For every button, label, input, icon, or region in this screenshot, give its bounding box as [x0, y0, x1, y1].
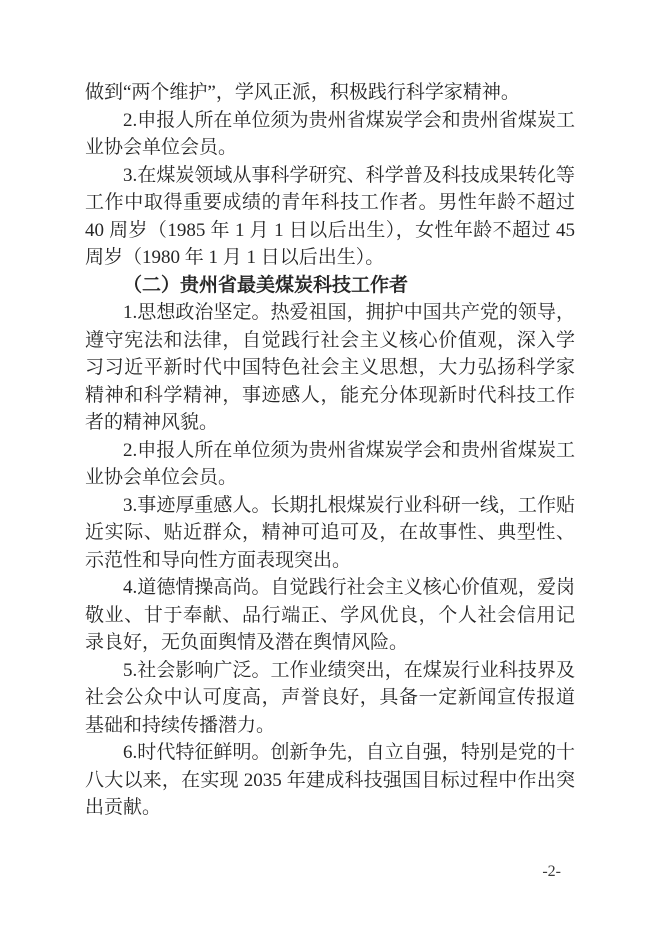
document-body: 做到“两个维护”，学风正派，积极践行科学家精神。 2.申报人所在单位须为贵州省煤…: [85, 79, 575, 822]
list-item-3-second-section: 3.事迹厚重感人。长期扎根煤炭行业科研一线，工作贴近实际、贴近群众，精神可追可及…: [85, 492, 575, 575]
list-item-6-second-section: 6.时代特征鲜明。创新争先，自立自强，特别是党的十八大以来，在实现 2035 年…: [85, 739, 575, 822]
list-item-2-second-section: 2.申报人所在单位须为贵州省煤炭学会和贵州省煤炭工业协会单位会员。: [85, 437, 575, 492]
document-page: 做到“两个维护”，学风正派，积极践行科学家精神。 2.申报人所在单位须为贵州省煤…: [0, 0, 661, 938]
page-number: -2-: [85, 862, 575, 882]
section-heading: （二）贵州省最美煤炭科技工作者: [85, 272, 575, 300]
list-item-1-second-section: 1.思想政治坚定。热爱祖国，拥护中国共产党的领导，遵守宪法和法律，自觉践行社会主…: [85, 299, 575, 437]
list-item-5-second-section: 5.社会影响广泛。工作业绩突出，在煤炭行业科技界及社会公众中认可度高，声誉良好，…: [85, 657, 575, 740]
list-item-2-first-section: 2.申报人所在单位须为贵州省煤炭学会和贵州省煤炭工业协会单位会员。: [85, 107, 575, 162]
list-item-3-first-section: 3.在煤炭领域从事科学研究、科学普及科技成果转化等工作中取得重要成绩的青年科技工…: [85, 162, 575, 272]
paragraph-continuation: 做到“两个维护”，学风正派，积极践行科学家精神。: [85, 79, 575, 107]
list-item-4-second-section: 4.道德情操高尚。自觉践行社会主义核心价值观，爱岗敬业、甘于奉献、品行端正、学风…: [85, 574, 575, 657]
